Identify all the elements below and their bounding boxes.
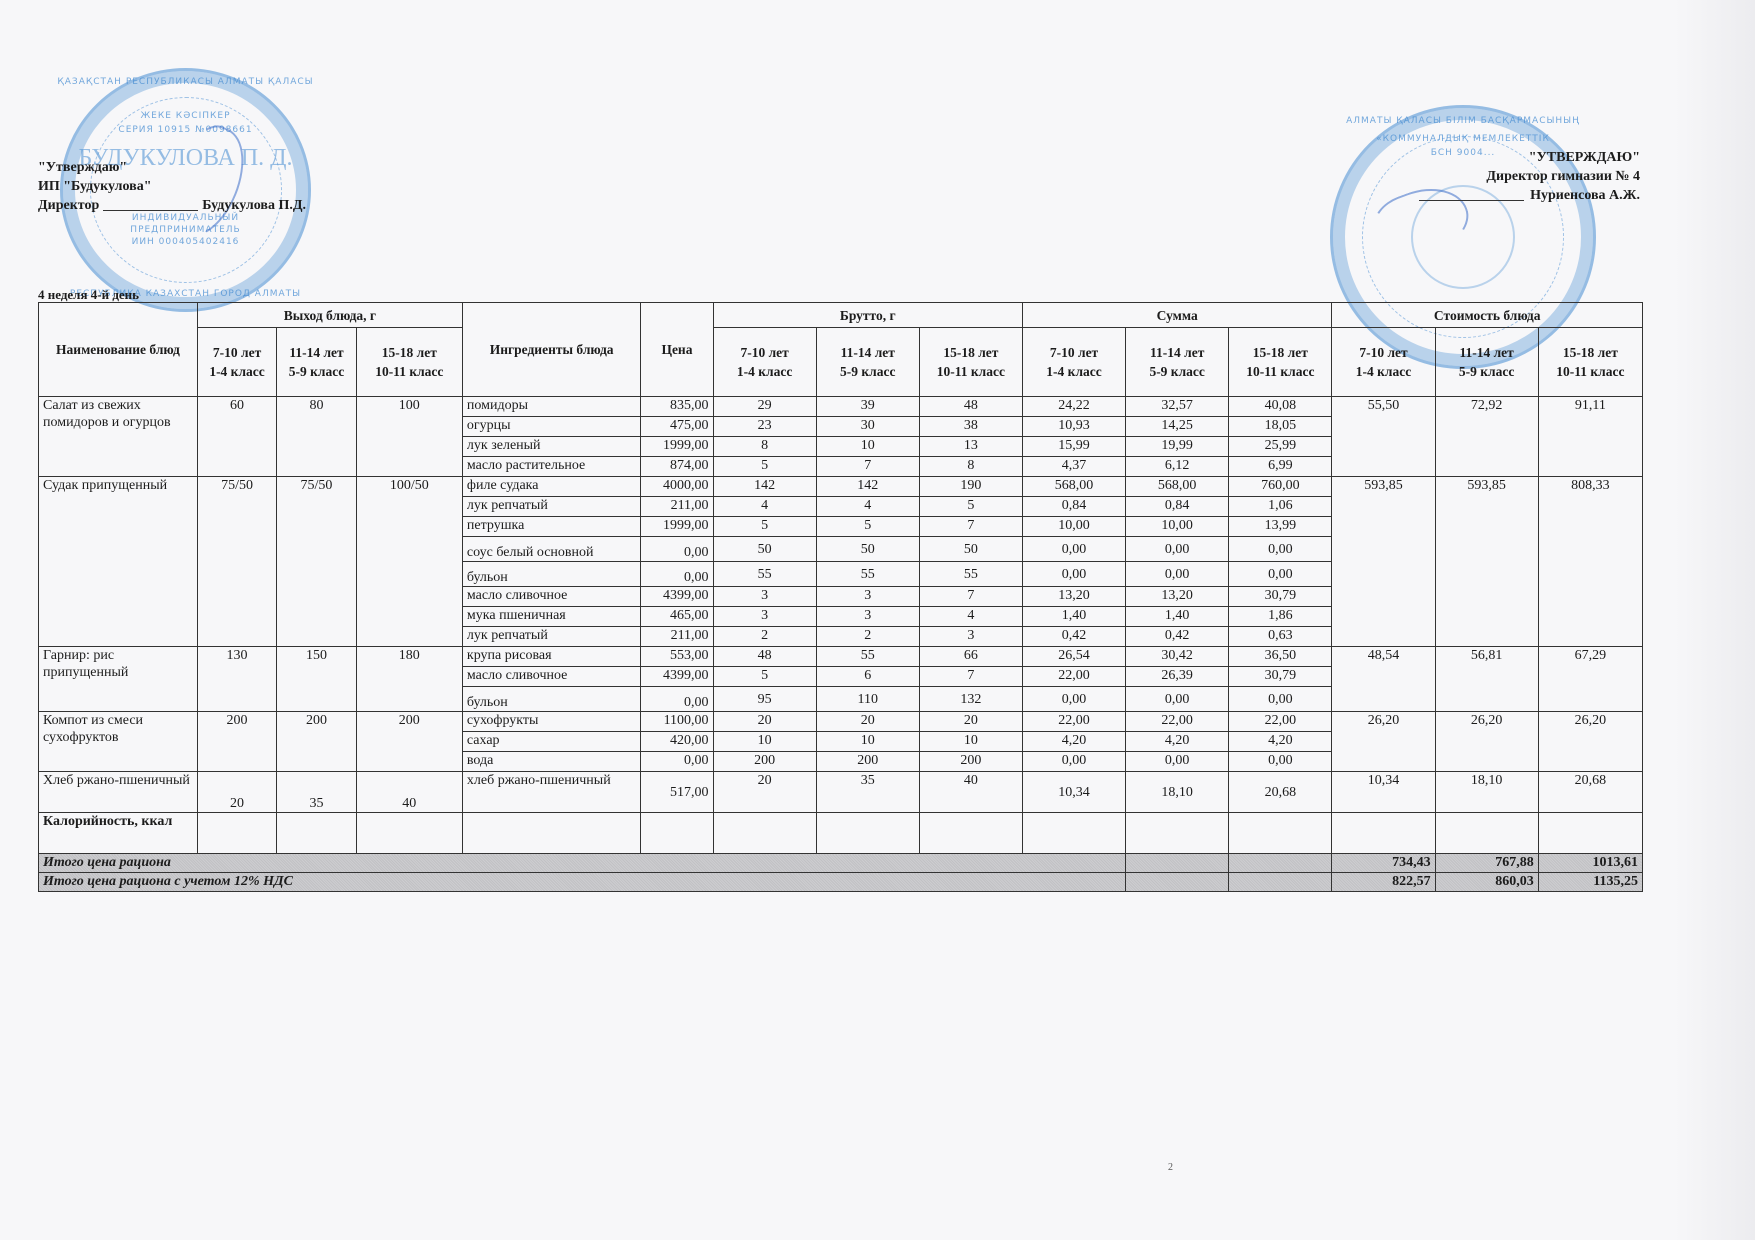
calories-cell [277,813,356,854]
header-price: Цена [641,303,713,397]
ingredient-price: 4000,00 [641,477,713,497]
ingredient-sum: 22,00 [1022,712,1125,732]
ingredient-price: 0,00 [641,562,713,587]
ingredient-price: 835,00 [641,397,713,417]
ingredient-name: лук репчатый [462,627,640,647]
calories-label: Калорийность, ккал [39,813,198,854]
dish-name: Гарнир: рис припущенный [39,647,198,712]
ingredient-brutto: 39 [816,397,919,417]
ingredient-sum: 18,10 [1126,772,1229,813]
ingredient-sum: 1,06 [1229,497,1332,517]
approval-right-signline: Нуриенсова А.Ж. [1419,186,1640,205]
ingredient-price: 1100,00 [641,712,713,732]
total-value: 767,88 [1435,854,1538,873]
ingredient-brutto: 200 [919,752,1022,772]
calories-row: Калорийность, ккал [39,813,1643,854]
total-blank [1126,873,1229,892]
menu-body: Салат из свежих помидоров и огурцов60801… [39,397,1643,892]
ingredient-price: 0,00 [641,687,713,712]
dish-cost: 67,29 [1538,647,1642,712]
ingredient-brutto: 55 [919,562,1022,587]
ingredient-sum: 568,00 [1126,477,1229,497]
age-header-row: 7-10 лет1-4 класс11-14 лет5-9 класс15-18… [39,328,1643,397]
ingredient-price: 211,00 [641,497,713,517]
dish-output: 100 [356,397,462,477]
dish-output: 130 [197,647,276,712]
ingredient-sum: 1,40 [1126,607,1229,627]
header-ingredients: Ингредиенты блюда [462,303,640,397]
ingredient-name: лук репчатый [462,497,640,517]
dish-output: 100/50 [356,477,462,647]
ingredient-sum: 0,00 [1126,537,1229,562]
total-row: Итого цена рациона734,43767,881013,61 [39,854,1643,873]
ingredient-sum: 4,20 [1126,732,1229,752]
dish-name: Хлеб ржано-пшеничный [39,772,198,813]
ingredient-name: сухофрукты [462,712,640,732]
ingredient-sum: 10,00 [1126,517,1229,537]
age-range: 15-18 лет [924,343,1018,362]
approval-left-name: Будукулова П.Д. [202,198,306,213]
dish-cost: 55,50 [1332,397,1435,477]
dish-cost: 18,10 [1435,772,1538,813]
ingredient-sum: 0,42 [1126,627,1229,647]
ingredient-sum: 19,99 [1126,437,1229,457]
ingredient-sum: 0,00 [1126,687,1229,712]
calories-cell [641,813,713,854]
grade-range: 1-4 класс [1027,362,1121,381]
ingredient-brutto: 5 [713,457,816,477]
dish-cost: 56,81 [1435,647,1538,712]
ingredient-sum: 0,00 [1022,752,1125,772]
ingredient-name: бульон [462,687,640,712]
dish-output: 35 [277,772,356,813]
ingredient-sum: 0,00 [1022,537,1125,562]
ingredient-brutto: 10 [919,732,1022,752]
ingredient-brutto: 48 [919,397,1022,417]
ingredient-brutto: 200 [816,752,919,772]
ingredient-sum: 22,00 [1126,712,1229,732]
ingredient-name: крупа рисовая [462,647,640,667]
ingredient-brutto: 38 [919,417,1022,437]
header-output-age-2: 15-18 лет10-11 класс [356,328,462,397]
ingredient-sum: 1,86 [1229,607,1332,627]
page-edge-shade [1675,0,1755,1240]
approval-left-org: ИП "Будукулова" [38,177,306,196]
ingredient-brutto: 10 [713,732,816,752]
dish-cost: 48,54 [1332,647,1435,712]
ingredient-sum: 0,63 [1229,627,1332,647]
header-output-age-0: 7-10 лет1-4 класс [197,328,276,397]
calories-cell [1022,813,1125,854]
total-row: Итого цена рациона с учетом 12% НДС822,5… [39,873,1643,892]
calories-cell [1435,813,1538,854]
ingredient-brutto: 50 [919,537,1022,562]
ingredient-brutto: 3 [713,607,816,627]
header-brutto-group: Брутто, г [713,303,1022,328]
ingredient-brutto: 20 [713,712,816,732]
ingredient-price: 420,00 [641,732,713,752]
ingredient-sum: 30,79 [1229,587,1332,607]
ingredient-sum: 0,00 [1229,752,1332,772]
ingredient-name: мука пшеничная [462,607,640,627]
ingredient-brutto: 50 [713,537,816,562]
ingredient-brutto: 2 [713,627,816,647]
dish-name: Компот из смеси сухофруктов [39,712,198,772]
dish-output: 150 [277,647,356,712]
ingredient-brutto: 95 [713,687,816,712]
grade-range: 5-9 класс [281,362,351,381]
ingredient-sum: 0,00 [1229,537,1332,562]
approval-left-title: "Утверждаю" [38,158,306,177]
header-output-group: Выход блюда, г [197,303,462,328]
ingredient-price: 874,00 [641,457,713,477]
ingredient-brutto: 142 [713,477,816,497]
ingredient-price: 1999,00 [641,517,713,537]
approval-right-role: Директор гимназии № 4 [1419,167,1640,186]
grade-range: 1-4 класс [202,362,272,381]
dish-output: 75/50 [277,477,356,647]
total-value: 734,43 [1332,854,1435,873]
ingredient-brutto: 3 [816,607,919,627]
ingredient-price: 465,00 [641,607,713,627]
page-mark: 2 [1168,1162,1173,1173]
ingredient-brutto: 2 [816,627,919,647]
total-label: Итого цена рациона с учетом 12% НДС [39,873,1126,892]
total-value: 1013,61 [1538,854,1642,873]
ingredient-name: огурцы [462,417,640,437]
ingredient-sum: 1,40 [1022,607,1125,627]
calories-cell [356,813,462,854]
ingredient-sum: 0,00 [1229,562,1332,587]
grade-range: 10-11 класс [1543,362,1638,381]
header-sum-age-0: 7-10 лет1-4 класс [1022,328,1125,397]
ingredient-sum: 25,99 [1229,437,1332,457]
ingredient-sum: 0,00 [1022,562,1125,587]
grade-range: 10-11 класс [361,362,458,381]
ingredient-brutto: 7 [919,587,1022,607]
ingredient-name: бульон [462,562,640,587]
ingredient-sum: 0,00 [1126,752,1229,772]
ingredient-price: 4399,00 [641,587,713,607]
ingredient-sum: 10,93 [1022,417,1125,437]
ingredient-name: лук зеленый [462,437,640,457]
ingredient-brutto: 13 [919,437,1022,457]
ingredient-brutto: 20 [713,772,816,813]
ingredient-name: филе судака [462,477,640,497]
ingredient-brutto: 4 [713,497,816,517]
ingredient-brutto: 55 [816,647,919,667]
grade-range: 5-9 класс [821,362,915,381]
ingredient-sum: 36,50 [1229,647,1332,667]
dish-cost: 26,20 [1435,712,1538,772]
dish-output: 20 [197,772,276,813]
ingredient-sum: 6,12 [1126,457,1229,477]
ingredient-price: 4399,00 [641,667,713,687]
age-range: 11-14 лет [1130,343,1224,362]
ingredient-brutto: 200 [713,752,816,772]
ingredient-brutto: 4 [919,607,1022,627]
ingredient-brutto: 30 [816,417,919,437]
age-range: 15-18 лет [361,343,458,362]
signature-line [103,210,198,211]
dish-cost: 20,68 [1538,772,1642,813]
ingredient-sum: 13,20 [1126,587,1229,607]
dish-output: 40 [356,772,462,813]
ingredient-sum: 10,00 [1022,517,1125,537]
ingredient-brutto: 55 [713,562,816,587]
ingredient-brutto: 55 [816,562,919,587]
total-blank [1126,854,1229,873]
ingredient-sum: 4,37 [1022,457,1125,477]
ingredient-brutto: 132 [919,687,1022,712]
calories-cell [197,813,276,854]
dish-cost: 10,34 [1332,772,1435,813]
ingredient-name: соус белый основной [462,537,640,562]
ingredient-sum: 20,68 [1229,772,1332,813]
ingredient-sum: 15,99 [1022,437,1125,457]
ingredient-name: масло сливочное [462,667,640,687]
total-value: 860,03 [1435,873,1538,892]
grade-range: 5-9 класс [1130,362,1224,381]
ingredient-brutto: 7 [919,667,1022,687]
ingredient-brutto: 5 [919,497,1022,517]
total-blank [1229,854,1332,873]
ingredient-price: 211,00 [641,627,713,647]
approval-block-left: "Утверждаю" ИП "Будукулова" ДиректорБуду… [38,158,306,215]
ingredient-brutto: 7 [919,517,1022,537]
ingredient-brutto: 3 [713,587,816,607]
ingredient-brutto: 50 [816,537,919,562]
dish-cost: 26,20 [1332,712,1435,772]
header-cost-group: Стоимость блюда [1332,303,1643,328]
ingredient-price: 0,00 [641,537,713,562]
ingredient-brutto: 3 [919,627,1022,647]
dish-cost: 91,11 [1538,397,1642,477]
ingredient-name: сахар [462,732,640,752]
dish-name: Судак припущенный [39,477,198,647]
ingredient-brutto: 142 [816,477,919,497]
dish-output: 60 [197,397,276,477]
approval-right-name: Нуриенсова А.Ж. [1530,188,1640,203]
table-row: Салат из свежих помидоров и огурцов60801… [39,397,1643,417]
ingredient-brutto: 8 [919,457,1022,477]
stamp-left-top-text: ЖЕКЕ КӘСІПКЕР [140,111,230,121]
ingredient-brutto: 5 [713,517,816,537]
ingredient-brutto: 6 [816,667,919,687]
ingredient-price: 1999,00 [641,437,713,457]
ingredient-name: хлеб ржано-пшеничный [462,772,640,813]
ingredient-price: 553,00 [641,647,713,667]
ingredient-price: 517,00 [641,772,713,813]
dish-output: 80 [277,397,356,477]
ingredient-brutto: 23 [713,417,816,437]
total-value: 1135,25 [1538,873,1642,892]
ingredient-sum: 18,05 [1229,417,1332,437]
ingredient-sum: 30,79 [1229,667,1332,687]
ingredient-sum: 26,39 [1126,667,1229,687]
header-output-age-1: 11-14 лет5-9 класс [277,328,356,397]
dish-output: 200 [277,712,356,772]
dish-output: 200 [197,712,276,772]
calories-cell [713,813,816,854]
ingredient-sum: 760,00 [1229,477,1332,497]
stamp-right-outer-text: АЛМАТЫ ҚАЛАСЫ БІЛІМ БАСҚАРМАСЫНЫҢ [1346,116,1580,126]
grade-range: 1-4 класс [718,362,812,381]
header-cost-age-1: 11-14 лет5-9 класс [1435,328,1538,397]
calories-cell [1538,813,1642,854]
age-range: 7-10 лет [718,343,812,362]
ingredient-price: 0,00 [641,752,713,772]
total-blank [1229,873,1332,892]
ingredient-brutto: 110 [816,687,919,712]
ingredient-sum: 14,25 [1126,417,1229,437]
ingredient-sum: 0,84 [1126,497,1229,517]
header-cost-age-0: 7-10 лет1-4 класс [1332,328,1435,397]
dish-cost: 808,33 [1538,477,1642,647]
ingredient-sum: 0,00 [1126,562,1229,587]
ingredient-sum: 22,00 [1022,667,1125,687]
calories-cell [462,813,640,854]
header-brutto-age-1: 11-14 лет5-9 класс [816,328,919,397]
ingredient-sum: 22,00 [1229,712,1332,732]
age-range: 11-14 лет [1440,343,1534,362]
ingredient-sum: 4,20 [1022,732,1125,752]
ingredient-brutto: 4 [816,497,919,517]
age-range: 7-10 лет [1336,343,1430,362]
ingredient-brutto: 10 [816,732,919,752]
ingredient-brutto: 5 [713,667,816,687]
ingredient-sum: 6,99 [1229,457,1332,477]
dish-output: 180 [356,647,462,712]
calories-cell [919,813,1022,854]
stamp-left-outer-text: ҚАЗАҚСТАН РЕСПУБЛИКАСЫ АЛМАТЫ ҚАЛАСЫ [57,77,313,87]
approval-left-role: Директор [38,198,99,213]
ingredient-name: помидоры [462,397,640,417]
header-cost-age-2: 15-18 лет10-11 класс [1538,328,1642,397]
header-sum-group: Сумма [1022,303,1331,328]
dish-output: 200 [356,712,462,772]
ingredient-sum: 40,08 [1229,397,1332,417]
age-range: 11-14 лет [821,343,915,362]
ingredient-name: масло сливочное [462,587,640,607]
ingredient-brutto: 40 [919,772,1022,813]
ingredient-name: вода [462,752,640,772]
age-range: 15-18 лет [1543,343,1638,362]
stamp-right-top-text: «КОММУНАЛДЫҚ МЕМЛЕКЕТТІК [1376,134,1550,144]
table-row: Гарнир: рис припущенный130150180крупа ри… [39,647,1643,667]
age-range: 7-10 лет [202,343,272,362]
ingredient-brutto: 35 [816,772,919,813]
ingredient-sum: 0,42 [1022,627,1125,647]
ingredient-brutto: 8 [713,437,816,457]
ingredient-brutto: 190 [919,477,1022,497]
ingredient-sum: 10,34 [1022,772,1125,813]
grade-range: 10-11 класс [1233,362,1327,381]
menu-table: Наименование блюд Выход блюда, г Ингреди… [38,302,1643,892]
dish-output: 75/50 [197,477,276,647]
total-label: Итого цена рациона [39,854,1126,873]
ingredient-sum: 4,20 [1229,732,1332,752]
grade-range: 10-11 класс [924,362,1018,381]
ingredient-name: масло растительное [462,457,640,477]
table-row: Хлеб ржано-пшеничный203540хлеб ржано-пше… [39,772,1643,813]
ingredient-sum: 0,84 [1022,497,1125,517]
ingredient-sum: 13,20 [1022,587,1125,607]
dish-cost: 593,85 [1332,477,1435,647]
stamp-left-inn: ИИН 000405402416 [132,237,240,247]
header-dish-name: Наименование блюд [39,303,198,397]
ingredient-brutto: 20 [816,712,919,732]
table-row: Компот из смеси сухофруктов200200200сухо… [39,712,1643,732]
week-day-label: 4 неделя 4-й день [38,287,139,303]
approval-left-signline: ДиректорБудукулова П.Д. [38,196,306,215]
approval-right-title: "УТВЕРЖДАЮ" [1419,148,1640,167]
calories-cell [1229,813,1332,854]
age-range: 7-10 лет [1027,343,1121,362]
table-row: Судак припущенный75/5075/50100/50филе су… [39,477,1643,497]
approval-block-right: "УТВЕРЖДАЮ" Директор гимназии № 4 Нуриен… [1419,148,1640,205]
grade-range: 5-9 класс [1440,362,1534,381]
ingredient-brutto: 3 [816,587,919,607]
header-brutto-age-2: 15-18 лет10-11 класс [919,328,1022,397]
age-range: 15-18 лет [1233,343,1327,362]
ingredient-name: петрушка [462,517,640,537]
age-range: 11-14 лет [281,343,351,362]
total-value: 822,57 [1332,873,1435,892]
grade-range: 1-4 класс [1336,362,1430,381]
ingredient-brutto: 20 [919,712,1022,732]
ingredient-brutto: 7 [816,457,919,477]
ingredient-sum: 32,57 [1126,397,1229,417]
dish-name: Салат из свежих помидоров и огурцов [39,397,198,477]
dish-cost: 72,92 [1435,397,1538,477]
ingredient-sum: 0,00 [1229,687,1332,712]
calories-cell [1126,813,1229,854]
ingredient-sum: 0,00 [1022,687,1125,712]
header-brutto-age-0: 7-10 лет1-4 класс [713,328,816,397]
ingredient-brutto: 48 [713,647,816,667]
ingredient-brutto: 5 [816,517,919,537]
ingredient-sum: 568,00 [1022,477,1125,497]
ingredient-price: 475,00 [641,417,713,437]
signature-line [1419,200,1524,201]
ingredient-brutto: 29 [713,397,816,417]
ingredient-sum: 30,42 [1126,647,1229,667]
ingredient-sum: 13,99 [1229,517,1332,537]
header-sum-age-2: 15-18 лет10-11 класс [1229,328,1332,397]
header-sum-age-1: 11-14 лет5-9 класс [1126,328,1229,397]
ingredient-sum: 24,22 [1022,397,1125,417]
dish-cost: 593,85 [1435,477,1538,647]
calories-cell [816,813,919,854]
ingredient-sum: 26,54 [1022,647,1125,667]
ingredient-brutto: 10 [816,437,919,457]
dish-cost: 26,20 [1538,712,1642,772]
calories-cell [1332,813,1435,854]
ingredient-brutto: 66 [919,647,1022,667]
